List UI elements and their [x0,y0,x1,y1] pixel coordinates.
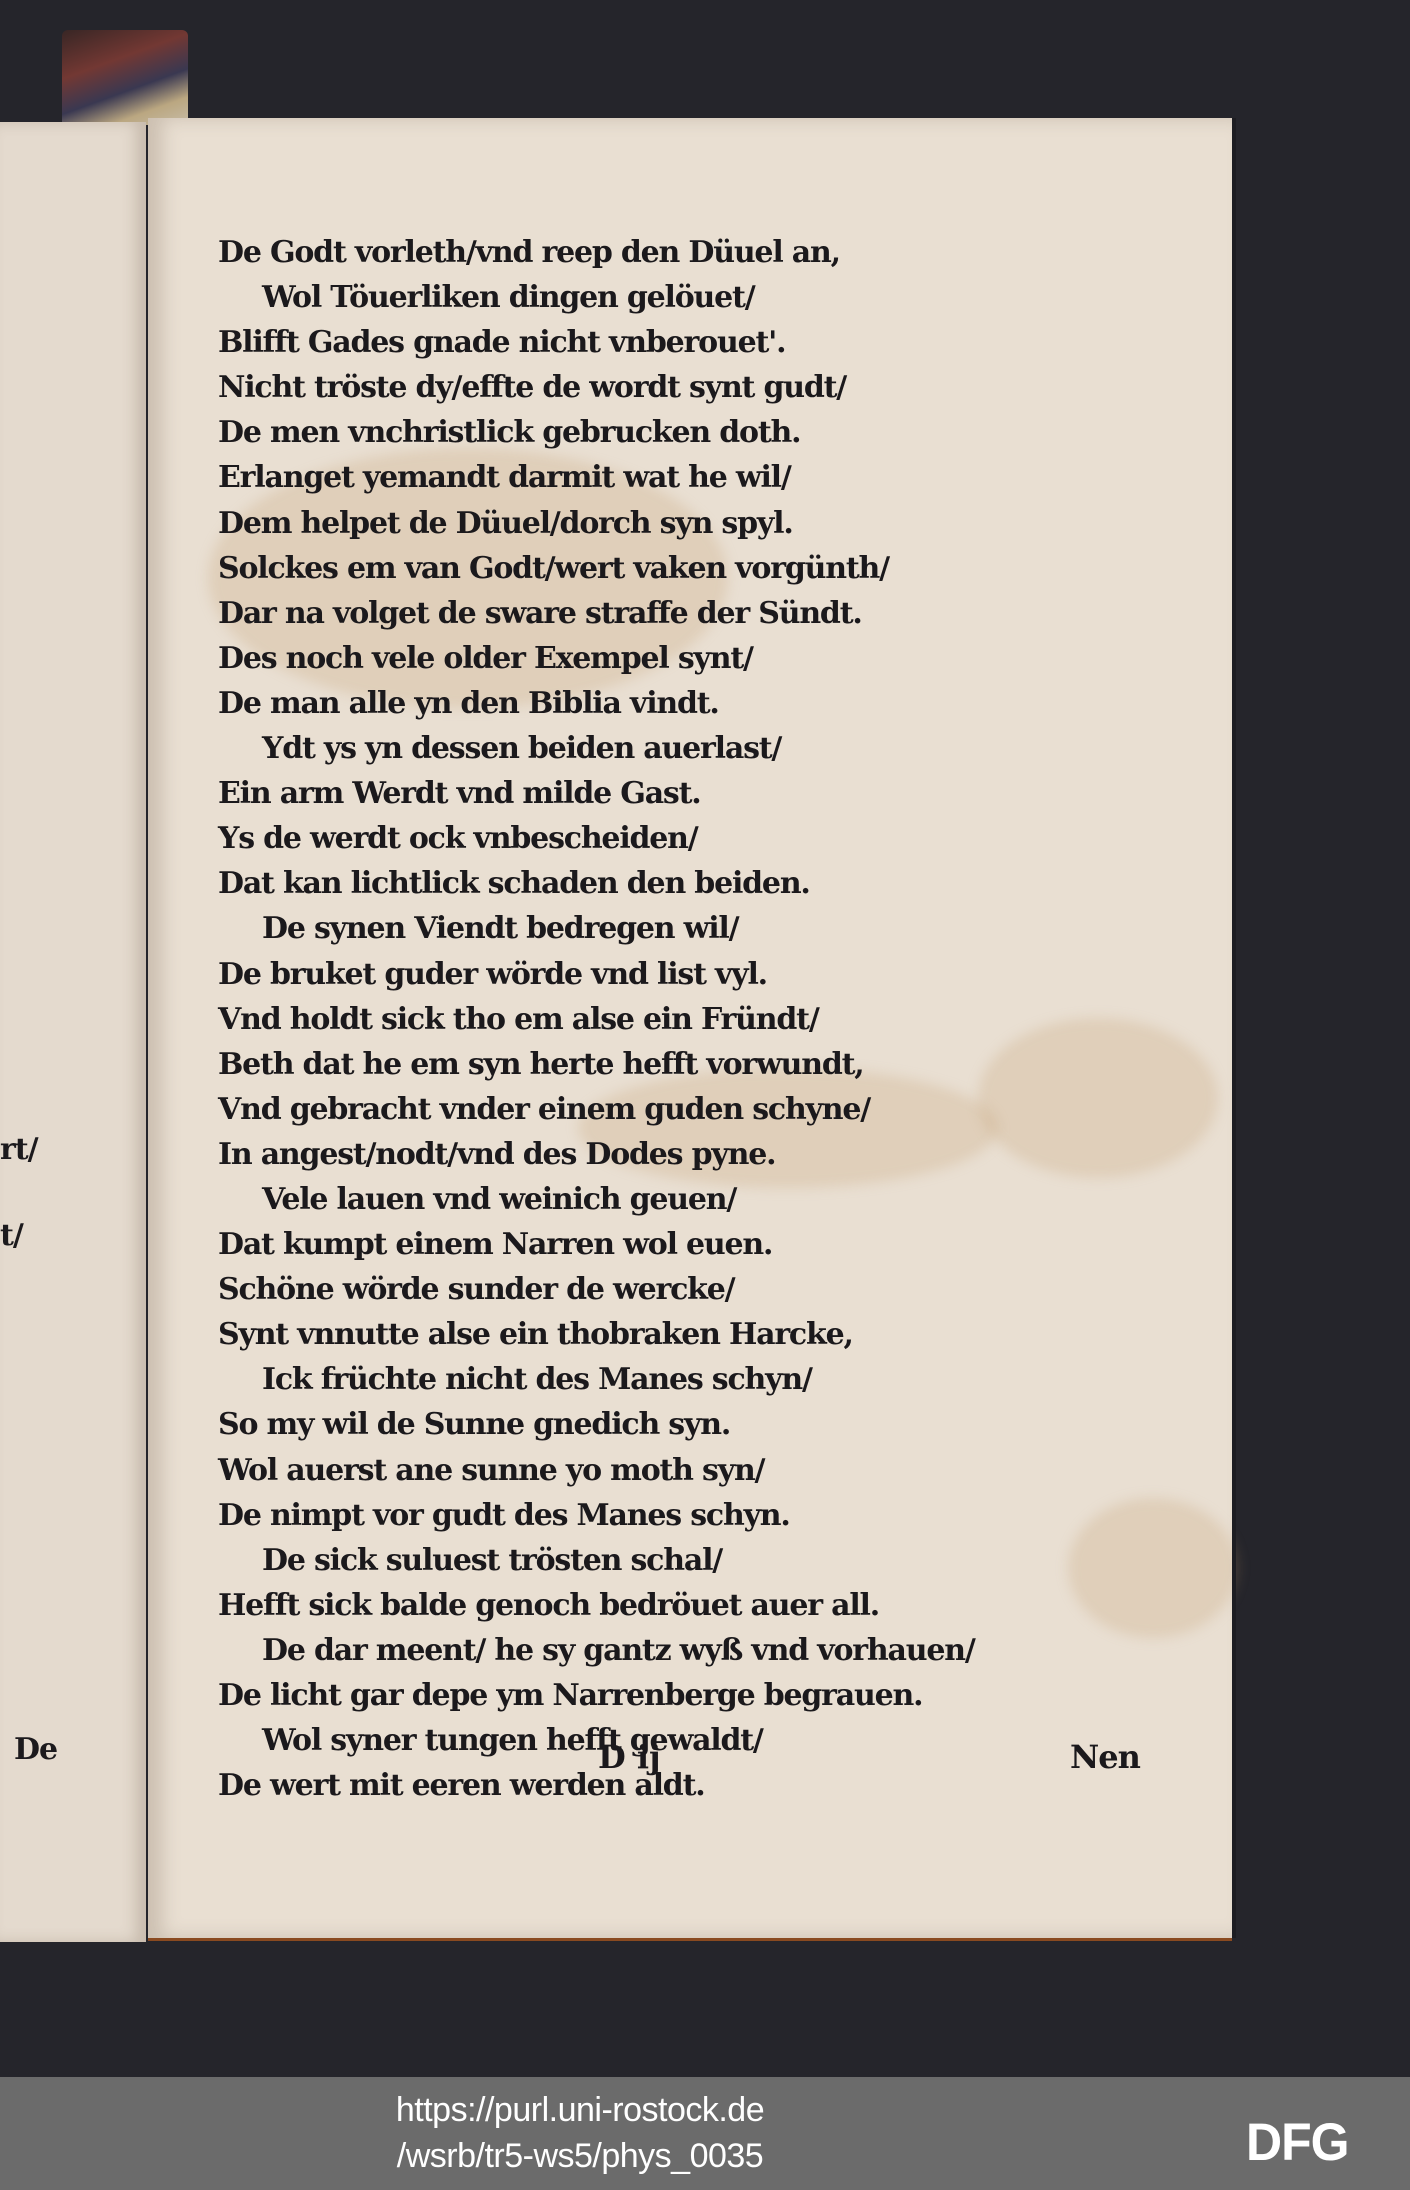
left-page-text-fragment: rt/ [0,1132,38,1167]
verse-line: De licht gar depe ym Narrenberge begraue… [218,1673,1198,1718]
left-page-text-fragment: De [14,1732,57,1767]
verse-line: De man alle yn den Biblia vindt. [218,681,1198,726]
verse-line: Ydt ys yn dessen beiden auerlast/ [218,726,1198,771]
scan-image: rt/t/De De Godt vorleth/vnd reep den Düu… [0,0,1410,2077]
left-page-text-fragment: t/ [0,1218,23,1253]
verse-line: Wol Töuerliken dingen gelöuet/ [218,275,1198,320]
page-footer-marks: D ij Nen [148,1738,1232,1788]
permalink-line-1[interactable]: https://purl.uni-rostock.de [280,2087,880,2133]
verse-line: Dar na volget de sware straffe der Sündt… [218,591,1198,636]
verse-line: De synen Viendt bedregen wil/ [218,906,1198,951]
signature-mark: D ij [598,1738,661,1776]
verse-line: Ein arm Werdt vnd milde Gast. [218,771,1198,816]
verse-line: Nicht tröste dy/effte de wordt synt gudt… [218,365,1198,410]
verse-line: In angest/nodt/vnd des Dodes pyne. [218,1132,1198,1177]
verse-line: Dat kan lichtlick schaden den beiden. [218,861,1198,906]
book-spine-edge [62,30,188,125]
verse-line: De Godt vorleth/vnd reep den Düuel an, [218,230,1198,275]
catchword: Nen [1070,1738,1140,1776]
verse-line: De nimpt vor gudt des Manes schyn. [218,1493,1198,1538]
verse-line: Vnd holdt sick tho em alse ein Fründt/ [218,997,1198,1042]
verse-line: Blifft Gades gnade nicht vnberouet'. [218,320,1198,365]
verse-line: Solckes em van Godt/wert vaken vorgünth/ [218,546,1198,591]
verse-line: Schöne wörde sunder de wercke/ [218,1267,1198,1312]
verse-line: Vele lauen vnd weinich geuen/ [218,1177,1198,1222]
verse-line: Des noch vele older Exempel synt/ [218,636,1198,681]
verse-line: Dem helpet de Düuel/dorch syn spyl. [218,501,1198,546]
dfg-logo: DFG [1246,2112,1349,2173]
verse-line: Wol auerst ane sunne yo moth syn/ [218,1448,1198,1493]
verse-line: De dar meent/ he sy gantz wyß vnd vorhau… [218,1628,1198,1673]
verse-line: Beth dat he em syn herte hefft vorwundt, [218,1042,1198,1087]
viewer-footer: https://purl.uni-rostock.de /wsrb/tr5-ws… [0,2077,1410,2190]
verse-line: Ick früchte nicht des Manes schyn/ [218,1357,1198,1402]
permalink[interactable]: https://purl.uni-rostock.de /wsrb/tr5-ws… [280,2087,880,2179]
permalink-line-2[interactable]: /wsrb/tr5-ws5/phys_0035 [280,2133,880,2179]
left-page: rt/t/De [0,122,146,1942]
verse-line: Ys de werdt ock vnbescheiden/ [218,816,1198,861]
verse-line: Synt vnnutte alse ein thobraken Harcke, [218,1312,1198,1357]
verse-line: De men vnchristlick gebrucken doth. [218,410,1198,455]
verse-line: Erlanget yemandt darmit wat he wil/ [218,455,1198,500]
right-page: De Godt vorleth/vnd reep den Düuel an,Wo… [148,118,1232,1941]
page-shadow-edge [1232,118,1236,1938]
verse-text-block: De Godt vorleth/vnd reep den Düuel an,Wo… [218,230,1198,1808]
verse-line: Hefft sick balde genoch bedröuet auer al… [218,1583,1198,1628]
verse-line: Dat kumpt einem Narren wol euen. [218,1222,1198,1267]
verse-line: So my wil de Sunne gnedich syn. [218,1402,1198,1447]
verse-line: Vnd gebracht vnder einem guden schyne/ [218,1087,1198,1132]
verse-line: De sick suluest trösten schal/ [218,1538,1198,1583]
verse-line: De bruket guder wörde vnd list vyl. [218,952,1198,997]
